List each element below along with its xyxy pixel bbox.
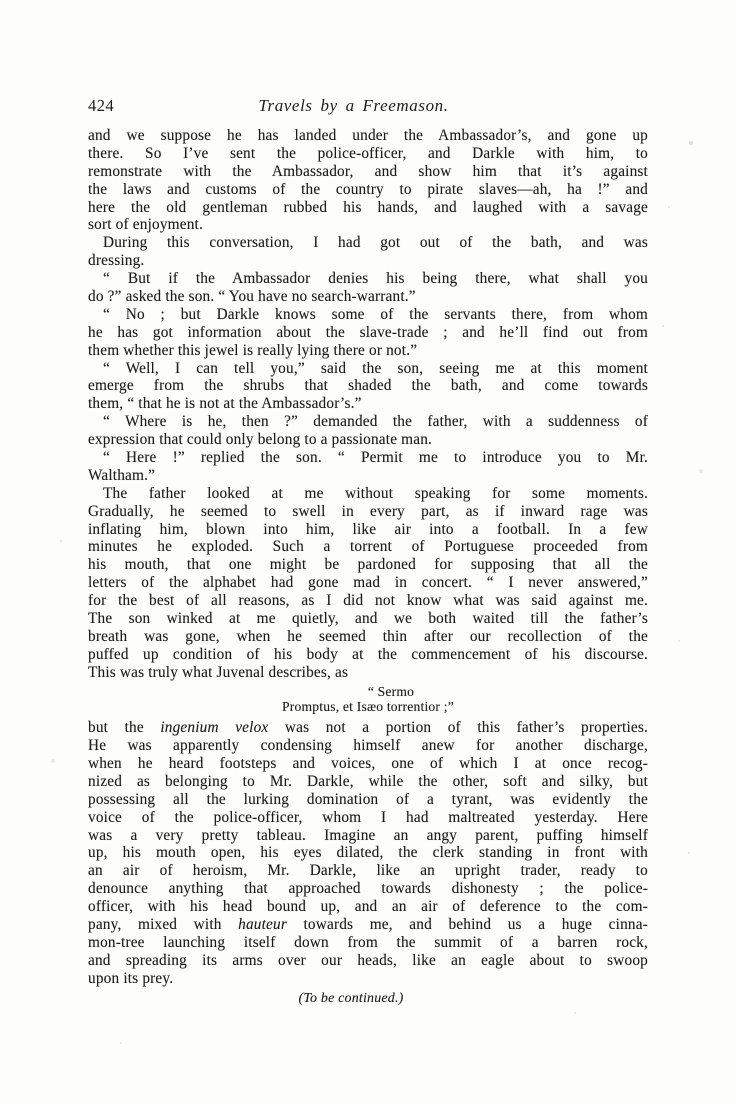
text-line: do ?” asked the son. “ You have no searc… xyxy=(88,288,648,306)
text-line: nized as belonging to Mr. Darkle, while … xyxy=(88,773,648,791)
paragraph: “ No ; but Darkle knows some of the serv… xyxy=(88,306,648,360)
paragraph: “ Here !” replied the son. “ Permit me t… xyxy=(88,449,648,485)
book-page: 424 Travels by a Freemason. and we suppo… xyxy=(0,0,735,1105)
paragraph: “ Where is he, then ?” demanded the fath… xyxy=(88,413,648,449)
verse-quote: “ SermoPromptus, et Isæo torrentior ;” xyxy=(88,684,648,716)
paragraph: “ But if the Ambassador denies his being… xyxy=(88,270,648,306)
text-line: inflating him, blown into him, like air … xyxy=(88,521,648,539)
text-line: He was apparently condensing himself ane… xyxy=(88,737,648,755)
text-line: them whether this jewel is really lying … xyxy=(88,342,648,360)
text-line: (To be continued.) xyxy=(71,990,631,1008)
text-line: but the ingenium velox was not a portion… xyxy=(88,719,648,737)
text-line: “ Where is he, then ?” demanded the fath… xyxy=(88,413,648,431)
text-line: dressing. xyxy=(88,252,648,270)
text-line: Gradually, he seemed to swell in every p… xyxy=(88,503,648,521)
text-line: upon its prey. xyxy=(88,970,648,988)
text-line: “ Here !” replied the son. “ Permit me t… xyxy=(88,449,648,467)
text-line: voice of the police-officer, whom I had … xyxy=(88,809,648,827)
text-line: was a very pretty tableau. Imagine an an… xyxy=(88,827,648,845)
text-line: expression that could only belong to a p… xyxy=(88,431,648,449)
text-line: and spreading its arms over our heads, l… xyxy=(88,952,648,970)
text-line: and we suppose he has landed under the A… xyxy=(88,127,648,145)
text-line: up, his mouth open, his eyes dilated, th… xyxy=(88,844,648,862)
text-line: sort of enjoyment. xyxy=(88,216,648,234)
continuation-note: (To be continued.) xyxy=(88,990,648,1008)
text-line: officer, with his head bound up, and an … xyxy=(88,898,648,916)
text-line: remonstrate with the Ambassador, and sho… xyxy=(88,163,648,181)
text-line: his mouth, that one might be pardoned fo… xyxy=(88,556,648,574)
text-line: minutes he exploded. Such a torrent of P… xyxy=(88,538,648,556)
text-line: emerge from the shrubs that shaded the b… xyxy=(88,377,648,395)
text-line: “ Well, I can tell you,” said the son, s… xyxy=(88,360,648,378)
text-line: The son winked at me quietly, and we bot… xyxy=(88,610,648,628)
paragraph: and we suppose he has landed under the A… xyxy=(88,127,648,234)
text-line: Promptus, et Isæo torrentior ;” xyxy=(88,699,648,715)
text-line: puffed up condition of his body at the c… xyxy=(88,646,648,664)
paragraph: “ Well, I can tell you,” said the son, s… xyxy=(88,360,648,414)
running-title: Travels by a Freemason. xyxy=(0,96,721,116)
page-header: 424 Travels by a Freemason. xyxy=(0,96,735,116)
text-line: “ But if the Ambassador denies his being… xyxy=(88,270,648,288)
text-block: and we suppose he has landed under the A… xyxy=(88,127,648,1007)
text-line: pany, mixed with hauteur towards me, and… xyxy=(88,916,648,934)
paragraph: The father looked at me without speaking… xyxy=(88,485,648,682)
text-line: here the old gentleman rubbed his hands,… xyxy=(88,199,648,217)
paragraph: During this conversation, I had got out … xyxy=(88,234,648,270)
text-line: The father looked at me without speaking… xyxy=(88,485,648,503)
scan-noise xyxy=(0,0,2,2)
text-line: Waltham.” xyxy=(88,467,648,485)
text-line: breath was gone, when he seemed thin aft… xyxy=(88,628,648,646)
text-line: “ No ; but Darkle knows some of the serv… xyxy=(88,306,648,324)
text-line: there. So I’ve sent the police-officer, … xyxy=(88,145,648,163)
text-line: letters of the alphabet had gone mad in … xyxy=(88,574,648,592)
text-line: when he heard footsteps and voices, one … xyxy=(88,755,648,773)
text-line: This was truly what Juvenal describes, a… xyxy=(88,664,648,682)
text-line: for the best of all reasons, as I did no… xyxy=(88,592,648,610)
text-line: possessing all the lurking domination of… xyxy=(88,791,648,809)
text-line: “ Sermo xyxy=(88,684,648,700)
text-line: denounce anything that approached toward… xyxy=(88,880,648,898)
paragraph: but the ingenium velox was not a portion… xyxy=(88,719,648,987)
text-line: an air of heroism, Mr. Darkle, like an u… xyxy=(88,862,648,880)
text-line: he has got information about the slave-t… xyxy=(88,324,648,342)
text-line: During this conversation, I had got out … xyxy=(88,234,648,252)
text-line: them, “ that he is not at the Ambassador… xyxy=(88,395,648,413)
text-line: mon-tree launching itself down from the … xyxy=(88,934,648,952)
text-line: the laws and customs of the country to p… xyxy=(88,181,648,199)
